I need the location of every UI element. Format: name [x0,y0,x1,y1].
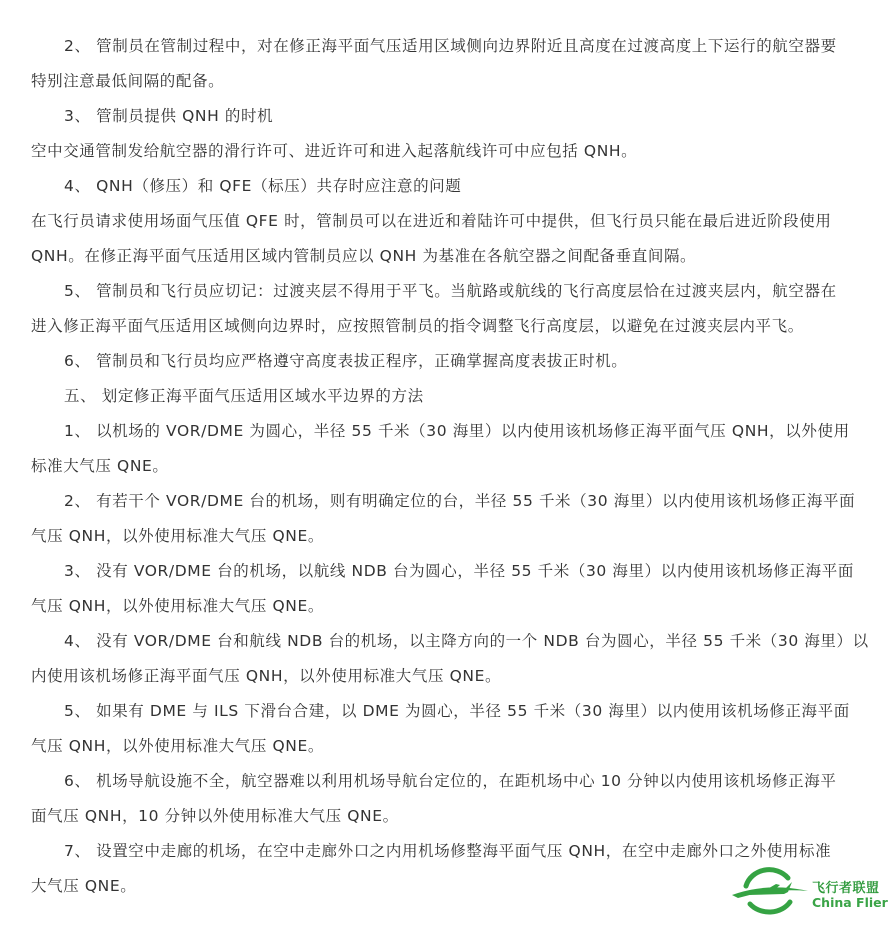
text-line: 特别注意最低间隔的配备。 [31,71,876,91]
text-line: QNH。在修正海平面气压适用区域内管制员应以 QNH 为基准在各航空器之间配备垂… [31,246,876,266]
text-line: 内使用该机场修正海平面气压 QNH，以外使用标准大气压 QNE。 [31,666,876,686]
text-line: 3、 没有 VOR/DME 台的机场，以航线 NDB 台为圆心，半径 55 千米… [64,561,876,581]
text-line: 4、 没有 VOR/DME 台和航线 NDB 台的机场，以主降方向的一个 NDB… [64,631,876,651]
text-line: 1、 以机场的 VOR/DME 为圆心，半径 55 千米（30 海里）以内使用该… [64,421,876,441]
plane-orbit-logo-icon [728,862,812,922]
text-line: 标准大气压 QNE。 [31,456,876,476]
text-line: 2、 有若干个 VOR/DME 台的机场，则有明确定位的台，半径 55 千米（3… [64,491,876,511]
text-line: 6、 机场导航设施不全，航空器难以利用机场导航台定位的，在距机场中心 10 分钟… [64,771,876,791]
text-line: 5、 管制员和飞行员应切记：过渡夹层不得用于平飞。当航路或航线的飞行高度层恰在过… [64,281,876,301]
text-line: 面气压 QNH，10 分钟以外使用标准大气压 QNE。 [31,806,876,826]
text-line: 气压 QNH，以外使用标准大气压 QNE。 [31,736,876,756]
text-line: 4、 QNH（修压）和 QFE（标压）共存时应注意的问题 [64,176,876,196]
text-line: 3、 管制员提供 QNH 的时机 [64,106,876,126]
logo-name-en: China Flier [812,895,888,910]
logo-name-cn: 飞行者联盟 [812,877,880,896]
document-page: 2、 管制员在管制过程中，对在修正海平面气压适用区域侧向边界附近且高度在过渡高度… [0,0,896,938]
text-line: 2、 管制员在管制过程中，对在修正海平面气压适用区域侧向边界附近且高度在过渡高度… [64,36,876,56]
text-line: 在飞行员请求使用场面气压值 QFE 时，管制员可以在进近和着陆许可中提供，但飞行… [31,211,876,231]
watermark-logo: 飞行者联盟 China Flier [728,862,896,922]
text-line: 5、 如果有 DME 与 ILS 下滑台合建，以 DME 为圆心，半径 55 千… [64,701,876,721]
text-line: 进入修正海平面气压适用区域侧向边界时，应按照管制员的指令调整飞行高度层，以避免在… [31,316,876,336]
text-line: 气压 QNH，以外使用标准大气压 QNE。 [31,596,876,616]
text-line: 7、 设置空中走廊的机场，在空中走廊外口之内用机场修整海平面气压 QNH，在空中… [64,841,876,861]
text-line: 空中交通管制发给航空器的滑行许可、进近许可和进入起落航线许可中应包括 QNH。 [31,141,876,161]
text-line: 6、 管制员和飞行员均应严格遵守高度表拔正程序，正确掌握高度表拔正时机。 [64,351,876,371]
text-line: 气压 QNH，以外使用标准大气压 QNE。 [31,526,876,546]
text-line: 五、 划定修正海平面气压适用区域水平边界的方法 [64,386,876,406]
